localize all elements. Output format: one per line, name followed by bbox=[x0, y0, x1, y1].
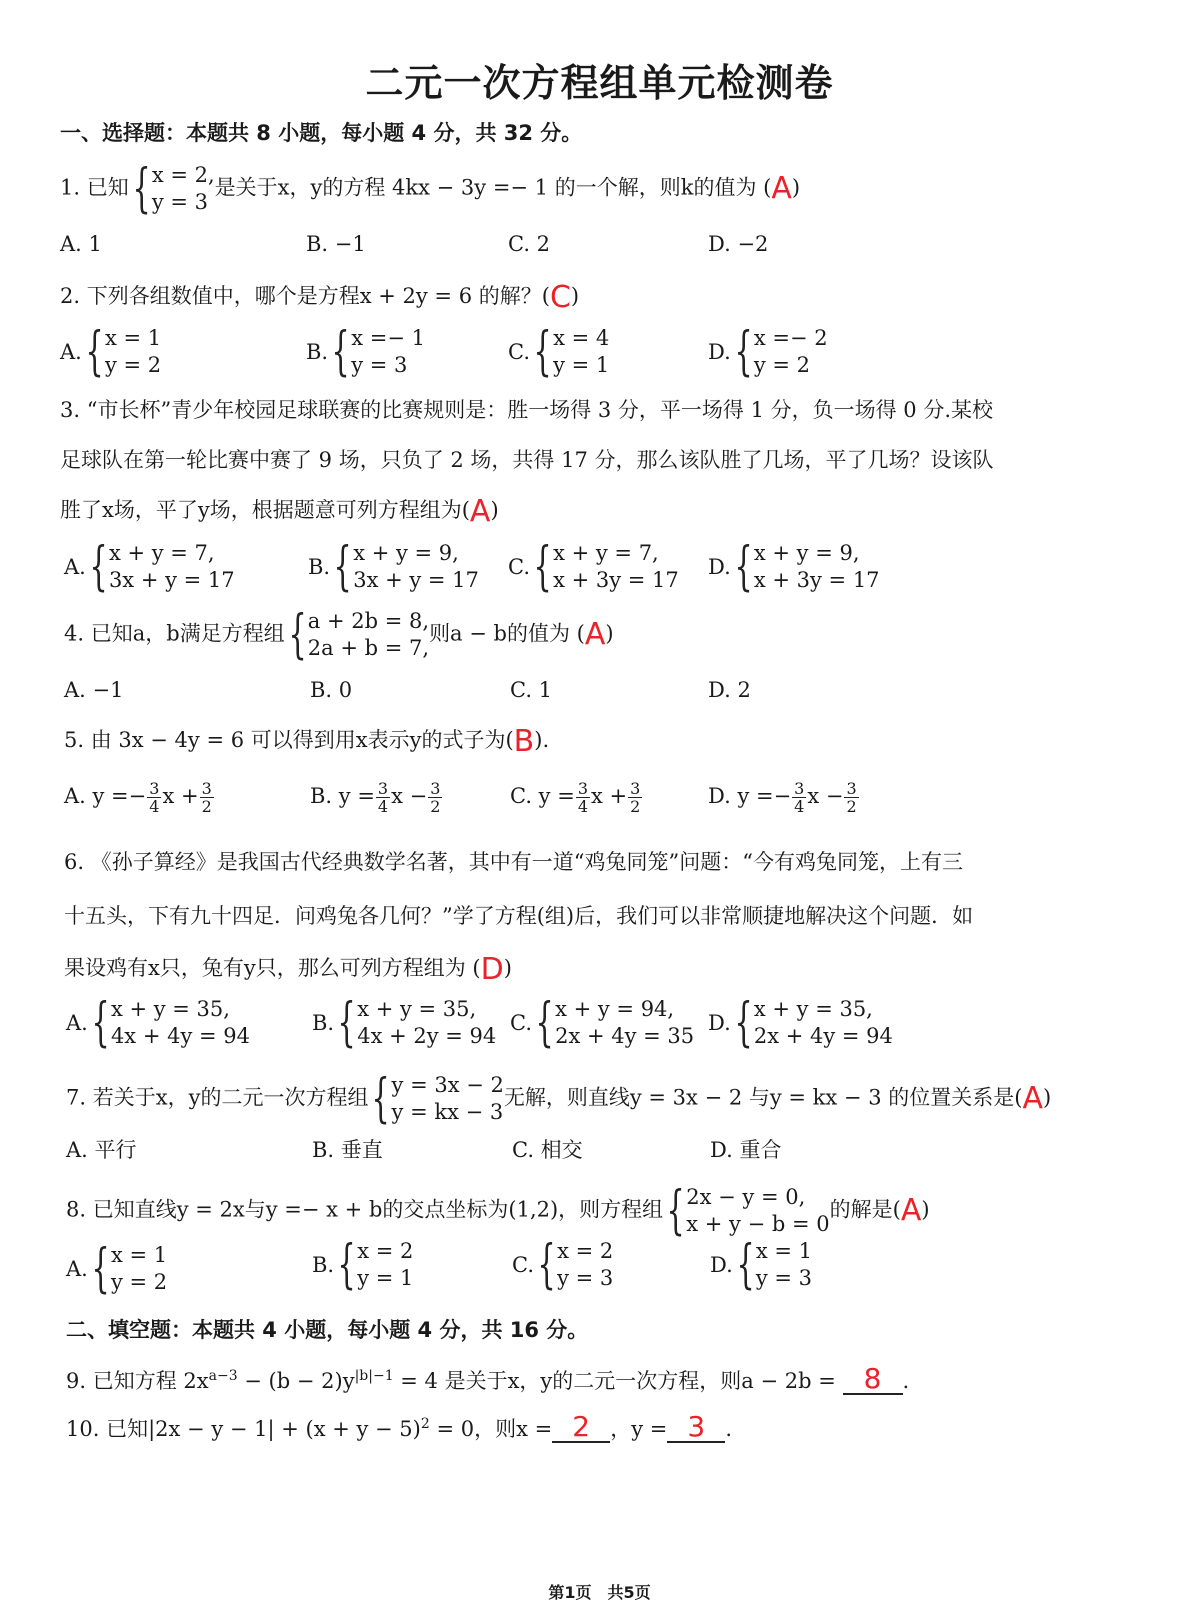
question-number: 7. bbox=[66, 1086, 86, 1110]
option-label: C. y = bbox=[510, 784, 575, 808]
handwritten-answer: A bbox=[1022, 1085, 1043, 1113]
fraction: 34 bbox=[792, 780, 806, 815]
brace-icon: { bbox=[533, 326, 551, 378]
equation-line: x + y − b = 0 bbox=[686, 1211, 829, 1238]
paren: ). bbox=[534, 728, 549, 752]
brace-icon: { bbox=[734, 326, 752, 378]
period: . bbox=[903, 1369, 910, 1393]
question-text: = 4 是关于x，y的二元一次方程，则a − 2b = bbox=[394, 1369, 836, 1393]
question-10: 10. 已知|2x − y − 1| + (x + y − 5)2 = 0，则x… bbox=[66, 1410, 732, 1443]
question-6-line-2: 十五头，下有九十四足．问鸡兔各几何？”学了方程(组)后，我们可以非常顺捷地解决这… bbox=[64, 902, 973, 930]
option-label: D. bbox=[710, 1253, 733, 1277]
option-a: A. 1 bbox=[60, 232, 102, 256]
equation-system: {x = 2,y = 3 bbox=[129, 162, 215, 216]
equation-line: 2x + 4y = 35 bbox=[555, 1023, 694, 1050]
question-text: 是关于x，y的方程 4kx − 3y =− 1 的一个解，则k的值为 ( bbox=[215, 176, 772, 200]
option-c: C. 相交 bbox=[512, 1134, 583, 1164]
equation-line: 4x + 2y = 94 bbox=[357, 1023, 496, 1050]
option-d: D. −2 bbox=[708, 232, 768, 256]
option-label: A. bbox=[60, 340, 82, 364]
equation-line: x + y = 7, bbox=[109, 540, 235, 567]
question-text: − (b − 2)y bbox=[238, 1369, 355, 1393]
option-label: B. y = bbox=[310, 784, 375, 808]
fraction: 32 bbox=[628, 780, 642, 815]
option-d: D. 2 bbox=[708, 678, 751, 702]
brace-icon: { bbox=[338, 997, 356, 1049]
question-text: = 0，则x = bbox=[430, 1417, 552, 1441]
question-text: 已知a，b满足方程组 bbox=[91, 622, 285, 646]
equation-system: {2x − y = 0,x + y − b = 0 bbox=[663, 1184, 829, 1238]
equation-line: 2x + 4y = 94 bbox=[754, 1023, 893, 1050]
option-c: C. 1 bbox=[510, 678, 552, 702]
brace-icon: { bbox=[537, 1239, 555, 1291]
question-text: 若关于x，y的二元一次方程组 bbox=[93, 1086, 369, 1110]
question-text: ，y = bbox=[610, 1417, 667, 1441]
option-label: C. bbox=[508, 555, 530, 579]
exponent: a−3 bbox=[209, 1368, 238, 1384]
section-heading-fill-blank: 二、填空题：本题共 4 小题，每小题 4 分，共 16 分。 bbox=[66, 1314, 588, 1344]
brace-icon: { bbox=[734, 997, 752, 1049]
brace-icon: { bbox=[85, 326, 103, 378]
handwritten-answer: B bbox=[514, 728, 535, 756]
option-d: D.{x = 1y = 3 bbox=[710, 1238, 812, 1292]
equation-line: x = 1 bbox=[756, 1238, 812, 1265]
expr: x + bbox=[591, 784, 627, 808]
paren: ) bbox=[504, 956, 512, 980]
answer-blank[interactable]: 8 bbox=[843, 1365, 903, 1396]
equation-line: a + 2b = 8, bbox=[308, 608, 429, 635]
equation-line: y = 3 bbox=[756, 1265, 812, 1292]
question-text: 果设鸡有x只，兔有y只，那么可列方程组为 ( bbox=[64, 956, 481, 980]
question-number: 9. bbox=[66, 1369, 86, 1393]
page-title: 二元一次方程组单元检测卷 bbox=[0, 52, 1199, 107]
equation-system: {a + 2b = 8,2a + b = 7, bbox=[285, 608, 429, 662]
option-label: C. bbox=[508, 340, 530, 364]
equation-line: 2x − y = 0, bbox=[686, 1184, 829, 1211]
question-3-line-2: 足球队在第一轮比赛中赛了 9 场，只负了 2 场，共得 17 分，那么该队胜了几… bbox=[60, 446, 994, 474]
paren: ) bbox=[605, 622, 613, 646]
option-a: A.{x + y = 7,3x + y = 17 bbox=[64, 540, 235, 594]
brace-icon: { bbox=[372, 1073, 390, 1125]
question-6-line-3: 果设鸡有x只，兔有y只，那么可列方程组为 (D) bbox=[64, 954, 512, 984]
brace-icon: { bbox=[535, 997, 553, 1049]
handwritten-answer: C bbox=[550, 284, 571, 312]
option-a: A. −1 bbox=[64, 678, 123, 702]
equation-line: y = kx − 3 bbox=[392, 1099, 504, 1126]
question-number: 8. bbox=[66, 1198, 86, 1222]
equation-line: 3x + y = 17 bbox=[109, 567, 235, 594]
option-b: B.{x = 2y = 1 bbox=[312, 1238, 413, 1292]
question-2: 2. 下列各组数值中，哪个是方程x + 2y = 6 的解？(C) bbox=[60, 282, 579, 312]
option-c: C.{x = 4y = 1 bbox=[508, 325, 609, 379]
answer-blank-x[interactable]: 2 bbox=[552, 1413, 610, 1444]
option-d: D. y =−34x −32 bbox=[708, 780, 860, 815]
equation-line: x = 1 bbox=[105, 325, 161, 352]
equation-line: x =− 1 bbox=[351, 325, 425, 352]
equation-line: 3x + y = 17 bbox=[353, 567, 479, 594]
equation-system: {y = 3x − 2y = kx − 3 bbox=[368, 1072, 503, 1126]
option-label: D. bbox=[708, 555, 731, 579]
brace-icon: { bbox=[89, 541, 107, 593]
option-c: C. 2 bbox=[508, 232, 550, 256]
option-label: B. bbox=[308, 555, 330, 579]
equation-line: y = 1 bbox=[553, 352, 609, 379]
option-label: D. bbox=[708, 1011, 731, 1035]
handwritten-answer: A bbox=[771, 175, 792, 203]
exponent: |b|−1 bbox=[355, 1368, 394, 1384]
equation-line: x = 2, bbox=[152, 162, 215, 189]
question-number: 10. bbox=[66, 1417, 99, 1441]
answer-blank-y[interactable]: 3 bbox=[667, 1413, 725, 1444]
equation-line: x + y = 35, bbox=[754, 996, 893, 1023]
handwritten-answer: 3 bbox=[687, 1413, 705, 1441]
question-text: “市长杯”青少年校园足球联赛的比赛规则是：胜一场得 3 分，平一场得 1 分，负… bbox=[87, 398, 993, 422]
option-a: A.{x = 1y = 2 bbox=[60, 325, 161, 379]
option-label: B. bbox=[306, 340, 328, 364]
question-5: 5. 由 3x − 4y = 6 可以得到用x表示y的式子为(B). bbox=[64, 726, 549, 756]
paren: ) bbox=[571, 284, 579, 308]
handwritten-answer: A bbox=[470, 498, 491, 526]
equation-line: y = 1 bbox=[357, 1265, 413, 1292]
question-text: 下列各组数值中，哪个是方程x + 2y = 6 的解？( bbox=[87, 284, 550, 308]
question-text: 无解，则直线y = 3x − 2 与y = kx − 3 的位置关系是( bbox=[504, 1086, 1023, 1110]
brace-icon: { bbox=[91, 1243, 109, 1295]
option-label: D. y =− bbox=[708, 784, 791, 808]
brace-icon: { bbox=[533, 541, 551, 593]
question-text: 已知|2x − y − 1| + (x + y − 5) bbox=[106, 1417, 421, 1441]
option-b: B. 垂直 bbox=[312, 1134, 383, 1164]
option-label: B. bbox=[312, 1011, 334, 1035]
option-d: D.{x + y = 9,x + 3y = 17 bbox=[708, 540, 880, 594]
fraction: 34 bbox=[376, 780, 390, 815]
exponent: 2 bbox=[421, 1416, 430, 1432]
brace-icon: { bbox=[734, 541, 752, 593]
question-6-line-1: 6. 《孙子算经》是我国古代经典数学名著，其中有一道“鸡兔同笼”问题：“今有鸡兔… bbox=[64, 848, 963, 876]
question-number: 5. bbox=[64, 728, 84, 752]
question-9: 9. 已知方程 2xa−3 − (b − 2)y|b|−1 = 4 是关于x，y… bbox=[66, 1362, 909, 1395]
question-text: 由 3x − 4y = 6 可以得到用x表示y的式子为( bbox=[91, 728, 514, 752]
expr: x + bbox=[162, 784, 198, 808]
option-label: A. y =− bbox=[64, 784, 146, 808]
equation-line: y = 2 bbox=[105, 352, 161, 379]
page-footer: 第1页 共5页 bbox=[0, 1580, 1199, 1600]
question-7: 7. 若关于x，y的二元一次方程组{y = 3x − 2y = kx − 3无解… bbox=[66, 1072, 1051, 1126]
equation-line: y = 3x − 2 bbox=[392, 1072, 504, 1099]
handwritten-answer: D bbox=[481, 956, 504, 984]
question-number: 1. bbox=[60, 176, 80, 200]
brace-icon: { bbox=[288, 609, 306, 661]
option-b: B. −1 bbox=[306, 232, 366, 256]
option-label: A. bbox=[66, 1257, 88, 1281]
question-number: 3. bbox=[60, 398, 80, 422]
option-b: B.{x + y = 9,3x + y = 17 bbox=[308, 540, 479, 594]
equation-line: y = 2 bbox=[111, 1269, 167, 1296]
question-3-line-1: 3. “市长杯”青少年校园足球联赛的比赛规则是：胜一场得 3 分，平一场得 1 … bbox=[60, 396, 993, 424]
section-heading-choice: 一、选择题：本题共 8 小题，每小题 4 分，共 32 分。 bbox=[60, 117, 582, 147]
question-text: 的解是( bbox=[830, 1198, 901, 1222]
question-text: 则a − b的值为 ( bbox=[429, 622, 585, 646]
equation-line: x = 1 bbox=[111, 1242, 167, 1269]
equation-line: 4x + 4y = 94 bbox=[111, 1023, 250, 1050]
question-text: 已知直线y = 2x与y =− x + b的交点坐标为(1,2)，则方程组 bbox=[93, 1198, 663, 1222]
option-c: C.{x + y = 94,2x + 4y = 35 bbox=[510, 996, 694, 1050]
option-label: A. bbox=[66, 1011, 88, 1035]
equation-line: y = 2 bbox=[754, 352, 828, 379]
handwritten-answer: A bbox=[585, 621, 606, 649]
question-4: 4. 已知a，b满足方程组{a + 2b = 8,2a + b = 7,则a −… bbox=[64, 608, 614, 662]
option-d: D. 重合 bbox=[710, 1134, 781, 1164]
expr: x − bbox=[391, 784, 427, 808]
fraction: 34 bbox=[147, 780, 161, 815]
option-d: D.{x + y = 35,2x + 4y = 94 bbox=[708, 996, 893, 1050]
paren: ) bbox=[1043, 1086, 1051, 1110]
question-number: 2. bbox=[60, 284, 80, 308]
option-label: D. bbox=[708, 340, 731, 364]
brace-icon: { bbox=[736, 1239, 754, 1291]
expr: x − bbox=[807, 784, 843, 808]
equation-line: y = 3 bbox=[557, 1265, 613, 1292]
equation-line: y = 3 bbox=[152, 189, 215, 216]
brace-icon: { bbox=[132, 163, 150, 215]
brace-icon: { bbox=[667, 1185, 685, 1237]
option-b: B.{x =− 1y = 3 bbox=[306, 325, 425, 379]
period: . bbox=[725, 1417, 732, 1441]
question-number: 6. bbox=[64, 850, 84, 874]
equation-line: x = 2 bbox=[557, 1238, 613, 1265]
fraction: 32 bbox=[428, 780, 442, 815]
equation-line: x + y = 9, bbox=[754, 540, 880, 567]
option-d: D.{x =− 2y = 2 bbox=[708, 325, 828, 379]
handwritten-answer: 8 bbox=[864, 1365, 882, 1393]
option-a: A.{x + y = 35,4x + 4y = 94 bbox=[66, 996, 250, 1050]
equation-line: x + 3y = 17 bbox=[754, 567, 880, 594]
option-b: B. 0 bbox=[310, 678, 352, 702]
equation-line: x = 2 bbox=[357, 1238, 413, 1265]
paren: ) bbox=[792, 176, 800, 200]
option-c: C.{x = 2y = 3 bbox=[512, 1238, 613, 1292]
fraction: 32 bbox=[844, 780, 858, 815]
option-a: A. 平行 bbox=[66, 1134, 137, 1164]
question-3-line-3: 胜了x场，平了y场，根据题意可列方程组为(A) bbox=[60, 496, 499, 526]
handwritten-answer: A bbox=[901, 1197, 922, 1225]
equation-line: x + y = 35, bbox=[357, 996, 496, 1023]
option-label: A. bbox=[64, 555, 86, 579]
handwritten-answer: 2 bbox=[572, 1413, 590, 1441]
option-b: B. y =34x −32 bbox=[310, 780, 443, 815]
question-text: 《孙子算经》是我国古代经典数学名著，其中有一道“鸡兔同笼”问题：“今有鸡兔同笼，… bbox=[91, 850, 963, 874]
equation-line: x + 3y = 17 bbox=[553, 567, 679, 594]
brace-icon: { bbox=[91, 997, 109, 1049]
paren: ) bbox=[921, 1198, 929, 1222]
equation-line: y = 3 bbox=[351, 352, 425, 379]
equation-line: x =− 2 bbox=[754, 325, 828, 352]
question-text: 胜了x场，平了y场，根据题意可列方程组为( bbox=[60, 498, 470, 522]
option-a: A.{x = 1y = 2 bbox=[66, 1242, 167, 1296]
question-number: 4. bbox=[64, 622, 84, 646]
question-text: 已知 bbox=[87, 176, 129, 200]
option-label: B. bbox=[312, 1253, 334, 1277]
option-label: C. bbox=[512, 1253, 534, 1277]
question-1: 1. 已知{x = 2,y = 3是关于x，y的方程 4kx − 3y =− 1… bbox=[60, 162, 800, 216]
equation-line: x + y = 7, bbox=[553, 540, 679, 567]
equation-line: x = 4 bbox=[553, 325, 609, 352]
brace-icon: { bbox=[334, 541, 352, 593]
equation-line: x + y = 9, bbox=[353, 540, 479, 567]
option-c: C.{x + y = 7,x + 3y = 17 bbox=[508, 540, 679, 594]
equation-line: x + y = 35, bbox=[111, 996, 250, 1023]
option-label: C. bbox=[510, 1011, 532, 1035]
brace-icon: { bbox=[332, 326, 350, 378]
option-c: C. y =34x +32 bbox=[510, 780, 643, 815]
equation-line: 2a + b = 7, bbox=[308, 635, 429, 662]
option-a: A. y =−34x +32 bbox=[64, 780, 215, 815]
equation-line: x + y = 94, bbox=[555, 996, 694, 1023]
question-text: 已知方程 2x bbox=[93, 1369, 209, 1393]
brace-icon: { bbox=[338, 1239, 356, 1291]
fraction: 34 bbox=[576, 780, 590, 815]
paren: ) bbox=[490, 498, 498, 522]
fraction: 32 bbox=[200, 780, 214, 815]
option-b: B.{x + y = 35,4x + 2y = 94 bbox=[312, 996, 496, 1050]
question-8: 8. 已知直线y = 2x与y =− x + b的交点坐标为(1,2)，则方程组… bbox=[66, 1184, 930, 1238]
